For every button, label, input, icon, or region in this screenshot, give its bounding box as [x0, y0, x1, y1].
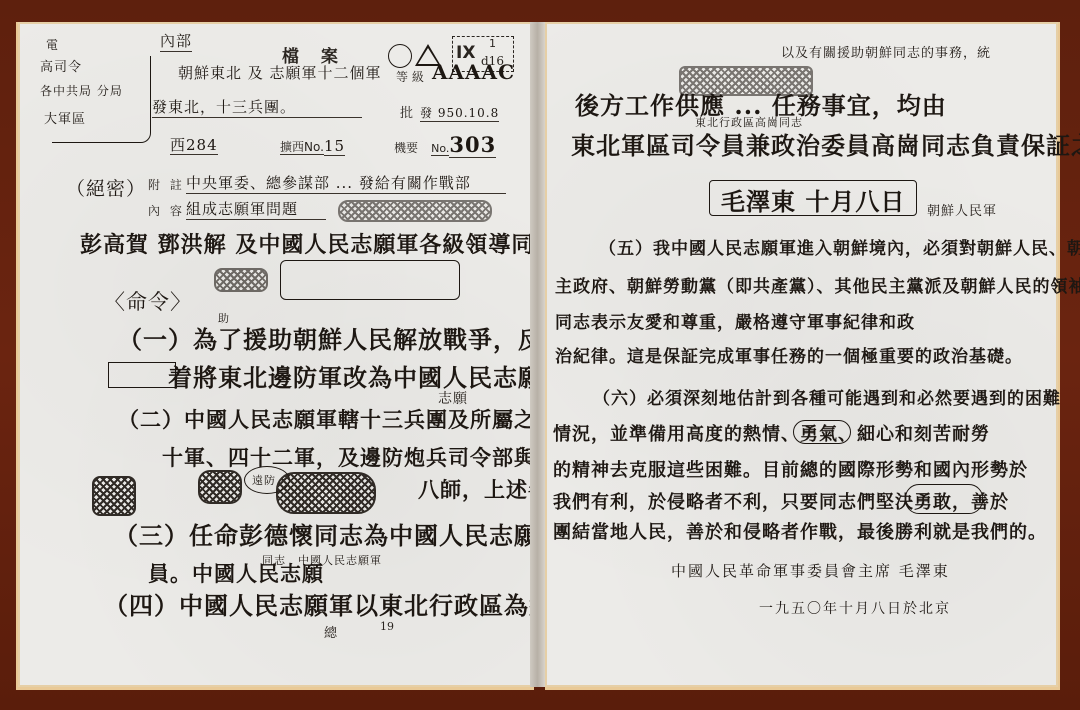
approval-label: 批	[400, 102, 413, 121]
circled-word-1	[793, 420, 851, 444]
insert-note-help: 助	[218, 310, 230, 326]
content-label: 內 容	[148, 202, 185, 219]
content-text: 組成志願軍問題	[186, 198, 326, 220]
right-line-2: 東北軍區司令員兼政治委員高崗同志負責保証之。	[571, 126, 1080, 161]
right-page: 以及有關援助朝鮮同志的事務，統 後方工作供應 ... 任務事宜，均由 東北行政區…	[545, 22, 1060, 690]
struck-block-1	[92, 476, 136, 516]
order-item-1-cont: 着將東北邊防軍改為中國人民志願軍，	[118, 358, 593, 393]
page-number: 19	[380, 620, 394, 633]
order-item-5: （五）我中國人民志願軍進入朝鮮境內，必須對朝鮮人民、朝鮮人民軍、朝鮮民	[599, 234, 1080, 259]
grade-label: 等 級	[396, 68, 424, 85]
struck-word-scribble	[214, 268, 268, 292]
order-item-6: （六）必須深刻地估計到各種可能遇到和必然要遇到的困難	[593, 384, 1061, 409]
serial-mid: 擴西No.15	[280, 136, 345, 155]
circle-symbol-icon	[388, 44, 412, 68]
classification: （絕密）	[66, 174, 146, 201]
order-item-5-cont-3: 治紀律。這是保証完成軍事任務的一個極重要的政治基礎。	[555, 342, 1023, 367]
serial-right: 機要 No.303	[394, 132, 496, 157]
annex-label: 附 註	[148, 176, 185, 193]
left-page: 電 高司令 各中共局 分局 大軍區 內部 檔 案 IX 1 d16 朝鮮東北 及…	[16, 22, 534, 690]
grade-value: AAAAC	[432, 60, 515, 84]
internal-label: 內部	[160, 30, 192, 52]
side-note: 朝鮮人民軍	[927, 200, 997, 219]
file-code-top: 1	[489, 37, 496, 50]
order-item-6-cont-2: 的精神去克服這些困難。目前總的國際形勢和國內形勢於	[553, 456, 1028, 482]
margin-note-line-2: 高司令	[40, 56, 82, 75]
insert-note-general: 總	[324, 622, 338, 641]
approval-value: 發 950.10.8	[420, 104, 499, 122]
signature-date: 一九五〇年十月八日於北京	[759, 598, 951, 618]
margin-note-line-4: 大軍區	[44, 108, 86, 127]
order-item-3-cont: 員。中國人民志願	[104, 558, 324, 588]
addressee-line: 彭高賀 鄧洪解 及中國人民志願軍各級領導同志們：	[80, 228, 603, 259]
struck-block-2	[198, 470, 242, 504]
page-gutter	[530, 22, 545, 687]
order-item-5-cont-1: 主政府、朝鮮勞動黨（即共產黨）、其他民主黨派及朝鮮人民的領袖金日成	[555, 272, 1080, 297]
order-item-6-cont-1: 情況，並準備用高度的熱情、勇氣、細心和刻苦耐勞	[553, 420, 990, 446]
struck-block-3	[276, 472, 376, 514]
header-line-1: 朝鮮東北 及 志願軍十二個軍	[178, 62, 382, 83]
order-title: 〈命令〉	[104, 286, 192, 316]
insert-note-border: 遠防	[252, 472, 276, 488]
circled-word-2	[905, 484, 983, 514]
serial-left: 西284	[170, 134, 218, 155]
order-item-5-cont-2: 同志表示友愛和尊重，嚴格遵守軍事紀律和政	[555, 308, 915, 333]
date-stamp: 毛澤東 十月八日	[721, 182, 905, 217]
top-insert-note: 以及有關援助朝鮮同志的事務，統	[781, 42, 991, 61]
order-item-6-cont-4: 團結當地人民，善於和侵略者作戰，最後勝利就是我們的。	[553, 518, 1047, 544]
struck-text-scribble	[338, 200, 492, 222]
header-line-2: 發東北，十三兵團。	[152, 96, 362, 118]
margin-note-line-1: 電	[46, 36, 59, 53]
annex-text: 中央軍委、總參謀部 ... 發給有關作戰部	[186, 172, 506, 194]
signature: 中國人民革命軍事委員會主席 毛澤東	[671, 560, 950, 581]
margin-note-line-3: 各中共局 分局	[40, 82, 123, 99]
insert-note-box	[280, 260, 460, 300]
